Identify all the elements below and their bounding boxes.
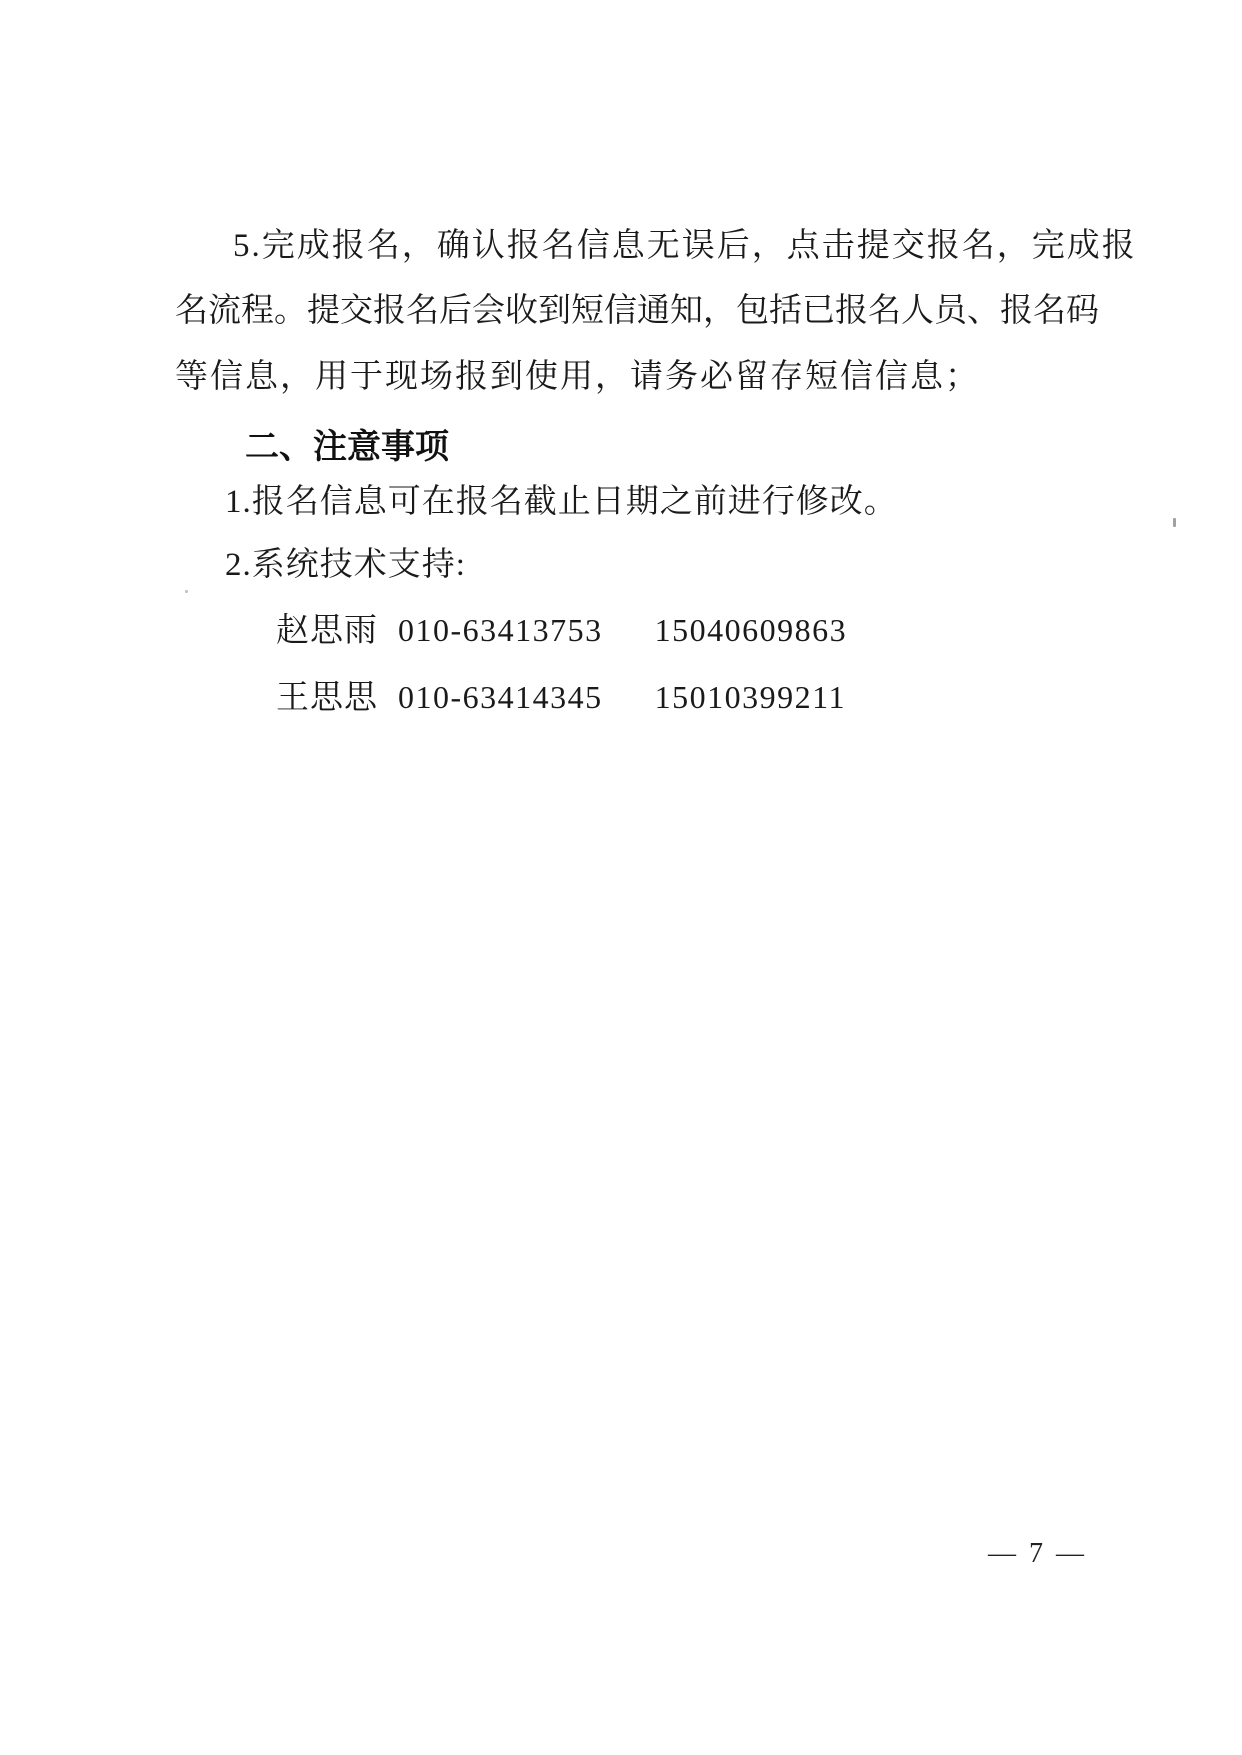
document-page: 5.完成报名，确认报名信息无误后，点击提交报名，完成报 名流程。提交报名后会收到… — [0, 0, 1242, 1755]
contact-name: 赵思雨 — [276, 613, 378, 649]
scan-speck — [1173, 518, 1176, 527]
note-item-1: 1.报名信息可在报名截止日期之前进行修改。 — [225, 482, 898, 522]
contact-mobile: 15010399211 — [655, 679, 846, 715]
contact-phone: 010-63414345 — [398, 679, 603, 715]
contact-mobile: 15040609863 — [655, 612, 848, 648]
contact-name: 王思思 — [276, 680, 378, 716]
section-heading-notes: 二、注意事项 — [245, 427, 449, 467]
note-item-2: 2.系统技术支持: — [225, 545, 466, 585]
para-5-line-1: 5.完成报名，确认报名信息无误后，点击提交报名，完成报 — [233, 226, 1137, 266]
support-contact-row: 王思思010-6341434515010399211 — [276, 677, 846, 718]
para-5-line-3: 等信息，用于现场报到使用，请务必留存短信信息； — [175, 357, 980, 397]
support-contact-row: 赵思雨010-6341375315040609863 — [276, 610, 847, 651]
page-number: — 7 — — [988, 1538, 1087, 1570]
contact-phone: 010-63413753 — [398, 612, 603, 648]
para-5-line-2: 名流程。提交报名后会收到短信通知，包括已报名人员、报名码 — [175, 291, 1099, 331]
scan-speck — [185, 590, 188, 593]
